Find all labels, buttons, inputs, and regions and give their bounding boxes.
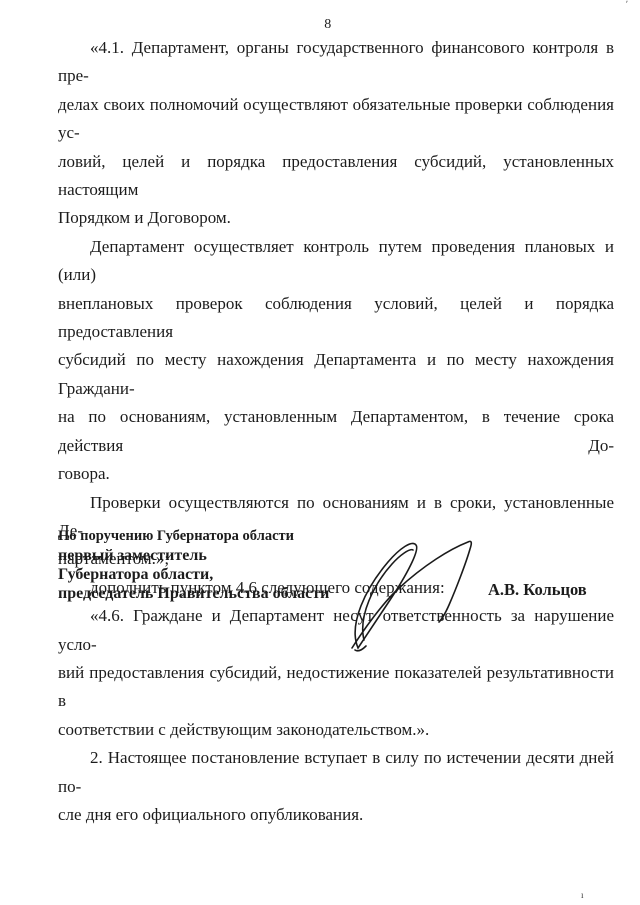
scan-artifact-bottom: ı: [581, 891, 584, 900]
text-line: «4.6. Граждане и Департамент несут ответ…: [58, 602, 614, 659]
paragraph: «4.1. Департамент, органы государственно…: [58, 34, 614, 233]
text-line: Проверки осуществляются по основаниям и …: [58, 489, 614, 546]
text-line: соответствии с действующим законодательс…: [58, 716, 614, 744]
paragraph: «4.6. Граждане и Департамент несут ответ…: [58, 602, 614, 744]
page-number: 8: [58, 17, 598, 33]
document-body: «4.1. Департамент, органы государственно…: [58, 34, 614, 829]
text-line: партаментом.»;: [58, 545, 614, 573]
paragraph: дополнить пунктом 4.6 следующего содержа…: [58, 574, 614, 602]
text-line: вий предоставления субсидий, недостижени…: [58, 659, 614, 716]
text-line: 2. Настоящее постановление вступает в си…: [58, 744, 614, 801]
text-line: на по основаниям, установленным Департам…: [58, 403, 614, 460]
paragraph: Департамент осуществляет контроль путем …: [58, 233, 614, 489]
text-line: «4.1. Департамент, органы государственно…: [58, 34, 614, 91]
paragraph: 2. Настоящее постановление вступает в си…: [58, 744, 614, 829]
text-line: внеплановых проверок соблюдения условий,…: [58, 290, 614, 347]
text-line: дополнить пунктом 4.6 следующего содержа…: [58, 574, 614, 602]
paragraph: Проверки осуществляются по основаниям и …: [58, 489, 614, 574]
text-line: сле дня его официального опубликования.: [58, 801, 614, 829]
text-line: делах своих полномочий осуществляют обяз…: [58, 91, 614, 148]
text-line: говора.: [58, 460, 614, 488]
text-line: субсидий по месту нахождения Департамент…: [58, 346, 614, 403]
scan-artifact-top-right: ʹ: [626, 0, 628, 9]
text-line: Порядком и Договором.: [58, 204, 614, 232]
text-line: Департамент осуществляет контроль путем …: [58, 233, 614, 290]
text-line: ловий, целей и порядка предоставления су…: [58, 148, 614, 205]
document-page: 8 ʹ «4.1. Департамент, органы государств…: [0, 0, 640, 905]
